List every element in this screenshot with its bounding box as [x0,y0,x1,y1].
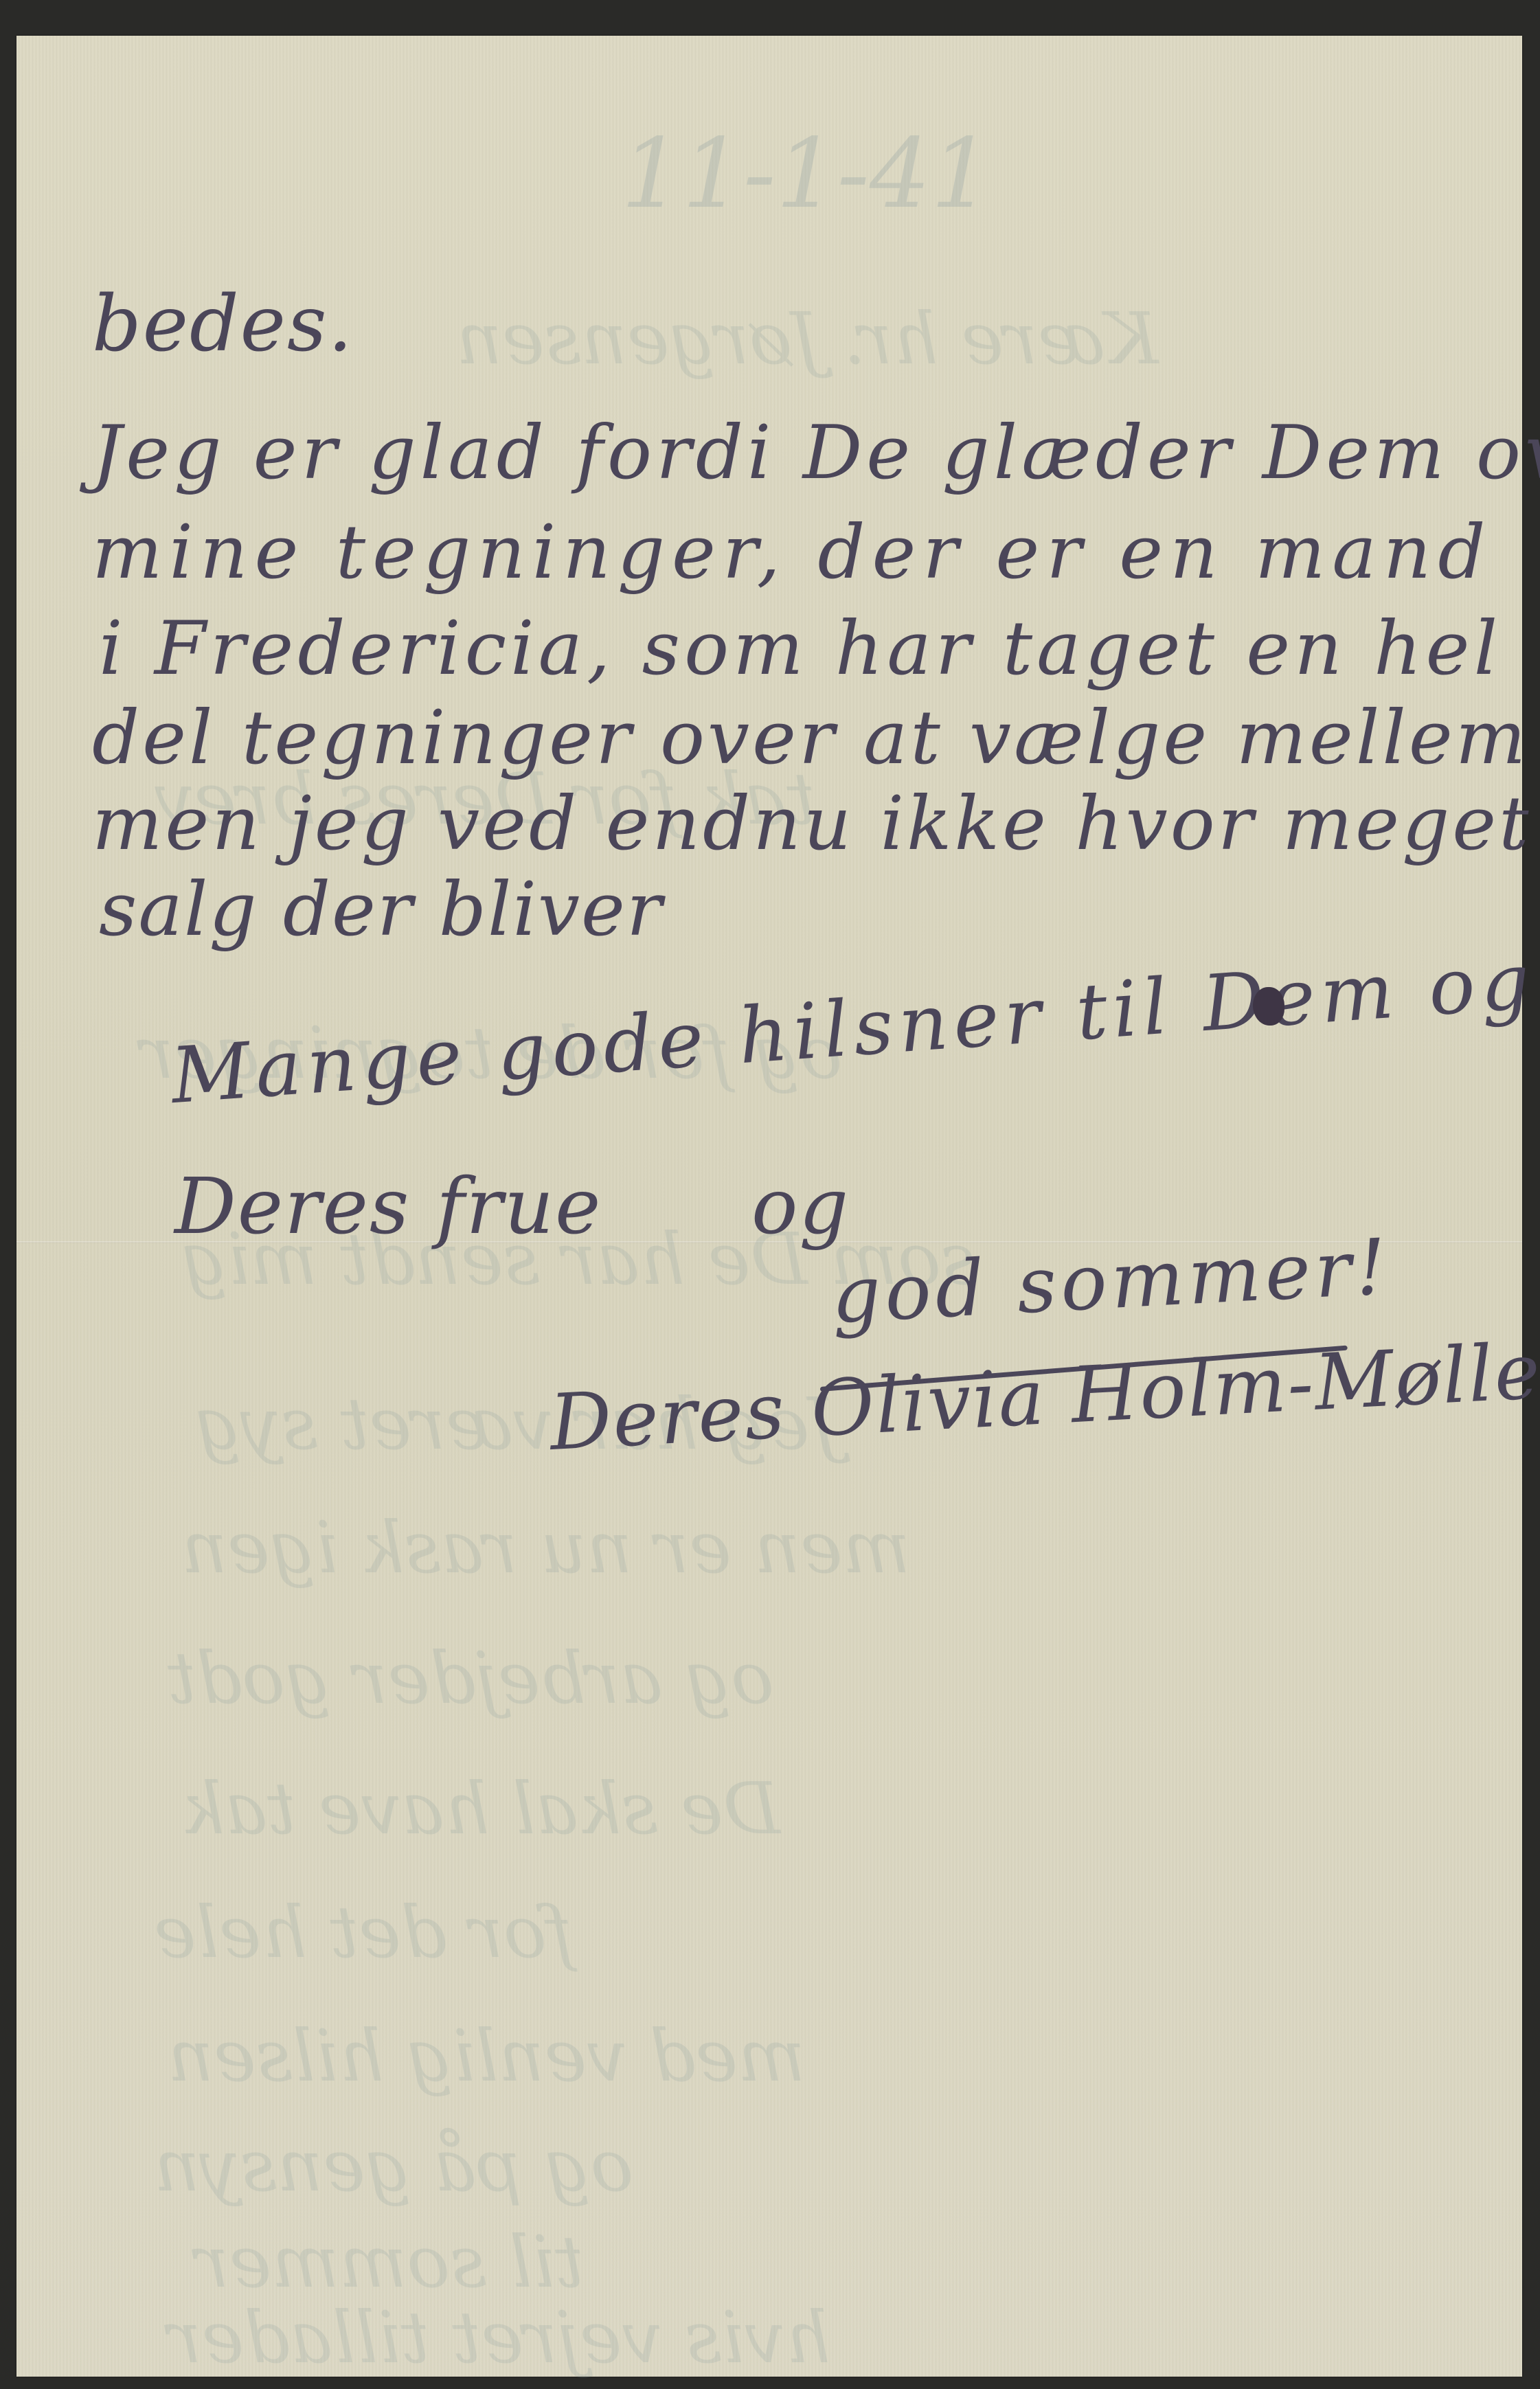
bleedthrough-line: Kære hr. Jørgensen [456,297,1158,381]
bleedthrough-line: og på gensyn [154,2124,633,2208]
date-bleedthrough: 11-1-41 [621,118,992,230]
letter-line: mine tegninger, der er en mand [92,510,1493,596]
closing-line: Mange gode hilsner til Dem og [168,937,1538,1121]
bleedthrough-line: for det hele [154,1890,573,1974]
bleedthrough-line: men er nu rask igen [181,1506,910,1589]
ink-blot [1253,987,1284,1026]
signature: Deres Olivia Holm-Møller [547,1325,1540,1468]
closing-line: Deres frue [174,1162,602,1252]
bleedthrough-line: til sommer [195,2220,584,2304]
letter-paper: 11-1-41 Kære hr. Jørgensen tak for Deres… [16,36,1522,2377]
closing-line: og [751,1162,850,1252]
letter-line: Jeg er glad fordi De glæder Dem over [92,410,1540,496]
bleedthrough-line: De skal have tak [181,1767,780,1850]
letter-line: men jeg ved endnu ikke hvor meget [92,781,1532,867]
letter-line: salg der bliver [99,867,664,953]
letter-line: del tegninger over at vælge mellem [92,695,1528,781]
letter-line: i Fredericia, som har taget en hel [99,606,1502,692]
bleedthrough-line: hvis vejret tillader [168,2296,831,2379]
bleedthrough-line: og arbejder godt [168,1636,774,1720]
bleedthrough-line: med venlig hilsen [168,2014,806,2098]
letter-line: bedes. [92,280,354,369]
